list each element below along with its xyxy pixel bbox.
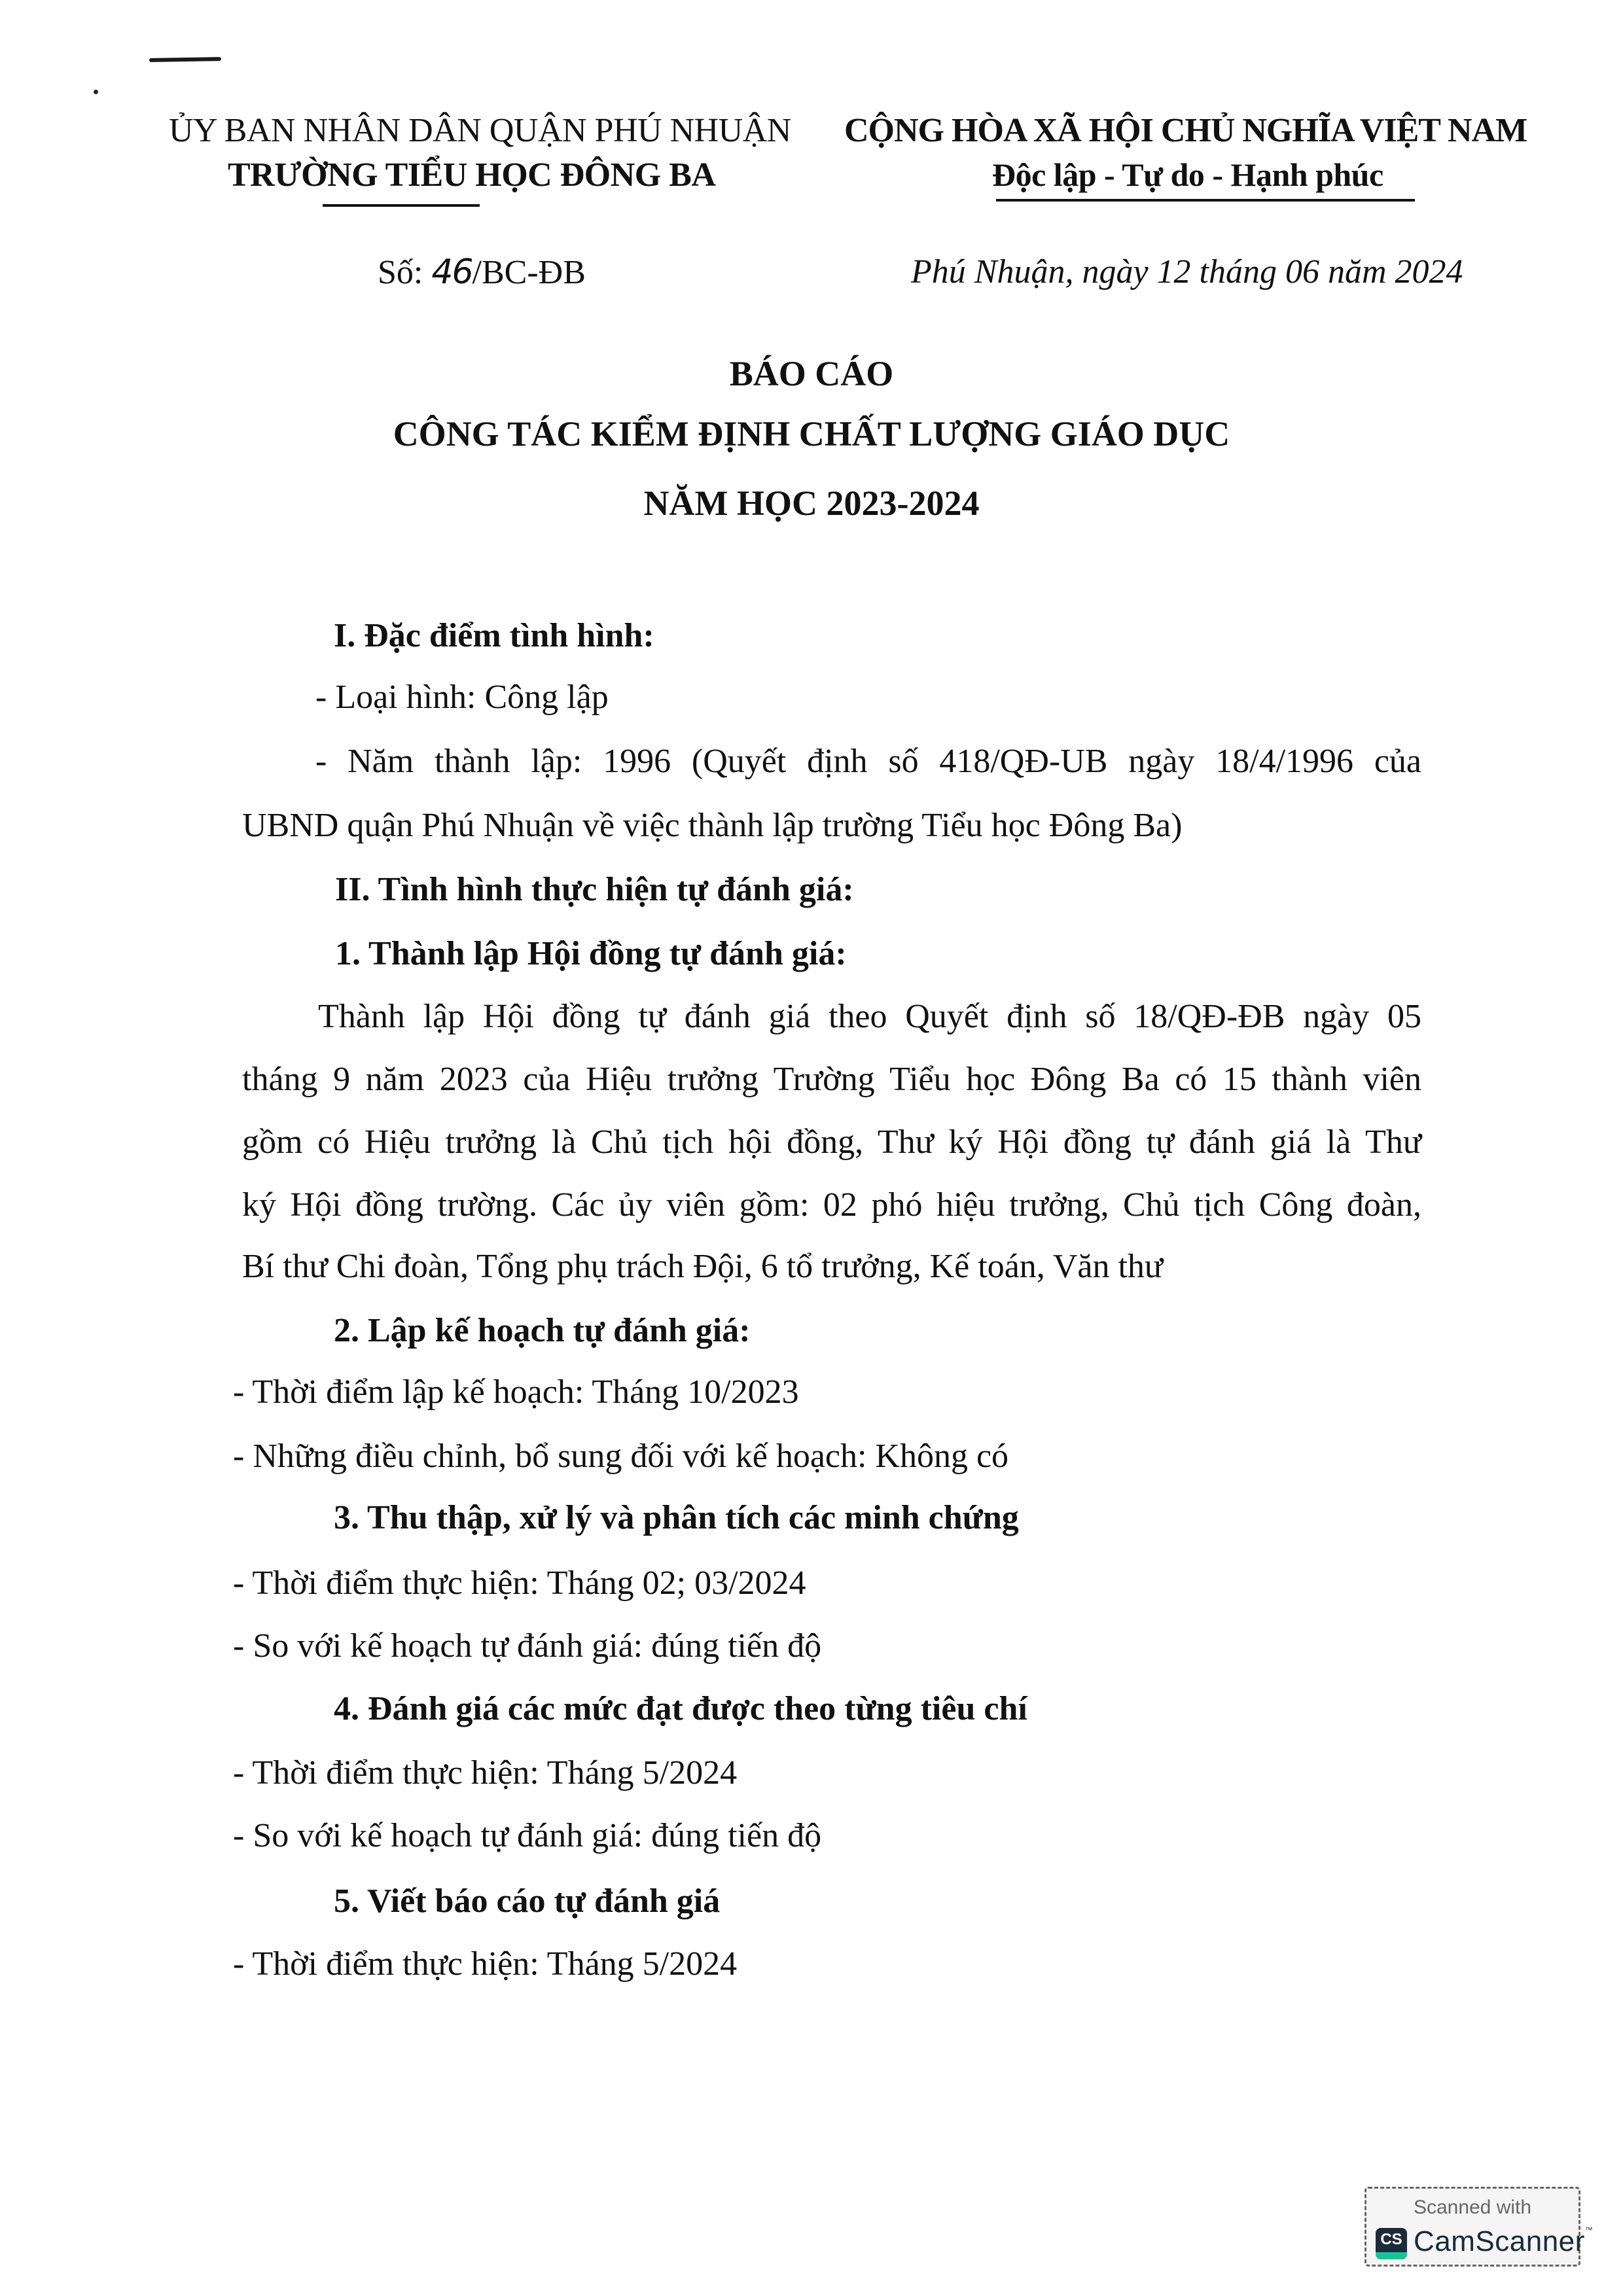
camscanner-logo-icon: CS [1376, 2228, 1407, 2259]
sub-1-para-line: Bí thư Chi đoàn, Tổng phụ trách Đội, 6 t… [242, 1247, 1163, 1286]
section-1-heading: I. Đặc điểm tình hình: [334, 616, 654, 655]
report-subtitle: CÔNG TÁC KIỂM ĐỊNH CHẤT LƯỢNG GIÁO DỤC [0, 414, 1623, 454]
school-name-underline [323, 204, 480, 207]
sub-1-para-line: tháng 9 năm 2023 của Hiệu trưởng Trường … [242, 1060, 1421, 1099]
camscanner-watermark: Scanned with CS CamScanner™ [1364, 2187, 1580, 2267]
sub-4-heading: 4. Đánh giá các mức đạt được theo từng t… [334, 1689, 1027, 1728]
doc-number-suffix: /BC-ĐB [473, 254, 586, 291]
doc-number-handwritten: 46 [431, 253, 472, 292]
pen-dot-mark [94, 90, 98, 94]
sub-5-heading: 5. Viết báo cáo tự đánh giá [334, 1882, 720, 1920]
document-page: ỦY BAN NHÂN DÂN QUẬN PHÚ NHUẬN TRƯỜNG TI… [0, 0, 1623, 2296]
section-2-heading: II. Tình hình thực hiện tự đánh giá: [335, 870, 854, 909]
sub-3-item: - Thời điểm thực hiện: Tháng 02; 03/2024 [233, 1564, 806, 1602]
section-1-founded-line1: - Năm thành lập: 1996 (Quyết định số 418… [315, 742, 1421, 781]
place-date: Phú Nhuận, ngày 12 tháng 06 năm 2024 [911, 253, 1463, 291]
report-school-year: NĂM HỌC 2023-2024 [0, 483, 1623, 523]
section-1-founded-line2: UBND quận Phú Nhuận về việc thành lập tr… [242, 806, 1182, 845]
sub-4-item: - Thời điểm thực hiện: Tháng 5/2024 [233, 1754, 737, 1792]
agency-name: ỦY BAN NHÂN DÂN QUẬN PHÚ NHUẬN [169, 111, 791, 150]
sub-5-item: - Thời điểm thực hiện: Tháng 5/2024 [233, 1945, 737, 1983]
camscanner-logo-band [1376, 2252, 1407, 2259]
sub-1-para-line: Thành lập Hội đồng tự đánh giá theo Quyế… [318, 997, 1421, 1036]
sub-4-item: - So với kế hoạch tự đánh giá: đúng tiến… [233, 1816, 821, 1855]
sub-2-item: - Những điều chỉnh, bổ sung đối với kế h… [233, 1437, 1008, 1475]
sub-1-para-line: gồm có Hiệu trưởng là Chủ tịch hội đồng,… [242, 1123, 1421, 1161]
camscanner-brand-text: CamScanner [1414, 2225, 1585, 2257]
school-name: TRƯỜNG TIỂU HỌC ĐÔNG BA [228, 156, 715, 194]
sub-2-item: - Thời điểm lập kế hoạch: Tháng 10/2023 [233, 1373, 799, 1411]
sub-2-heading: 2. Lập kế hoạch tự đánh giá: [334, 1311, 751, 1350]
doc-number: Số: 46/BC-ĐB [378, 253, 586, 292]
national-motto: Độc lập - Tự do - Hạnh phúc [992, 156, 1383, 194]
sub-3-item: - So với kế hoạch tự đánh giá: đúng tiến… [233, 1627, 821, 1665]
national-title: CỘNG HÒA XÃ HỘI CHỦ NGHĨA VIỆT NAM [844, 111, 1527, 150]
scanned-with-label: Scanned with [1366, 2197, 1578, 2219]
trademark-symbol: ™ [1585, 2225, 1594, 2234]
report-title: BÁO CÁO [0, 353, 1623, 394]
sub-1-para-line: ký Hội đồng trường. Các ủy viên gồm: 02 … [242, 1186, 1421, 1224]
camscanner-logo-text: CS [1376, 2231, 1407, 2249]
doc-number-prefix: Số: [378, 254, 431, 291]
sub-3-heading: 3. Thu thập, xử lý và phân tích các minh… [334, 1498, 1019, 1537]
camscanner-brand: CamScanner™ [1414, 2225, 1593, 2258]
pen-stroke-mark [149, 57, 221, 62]
sub-1-heading: 1. Thành lập Hội đồng tự đánh giá: [335, 934, 847, 973]
section-1-type: - Loại hình: Công lập [315, 678, 609, 716]
national-motto-underline [996, 199, 1415, 202]
